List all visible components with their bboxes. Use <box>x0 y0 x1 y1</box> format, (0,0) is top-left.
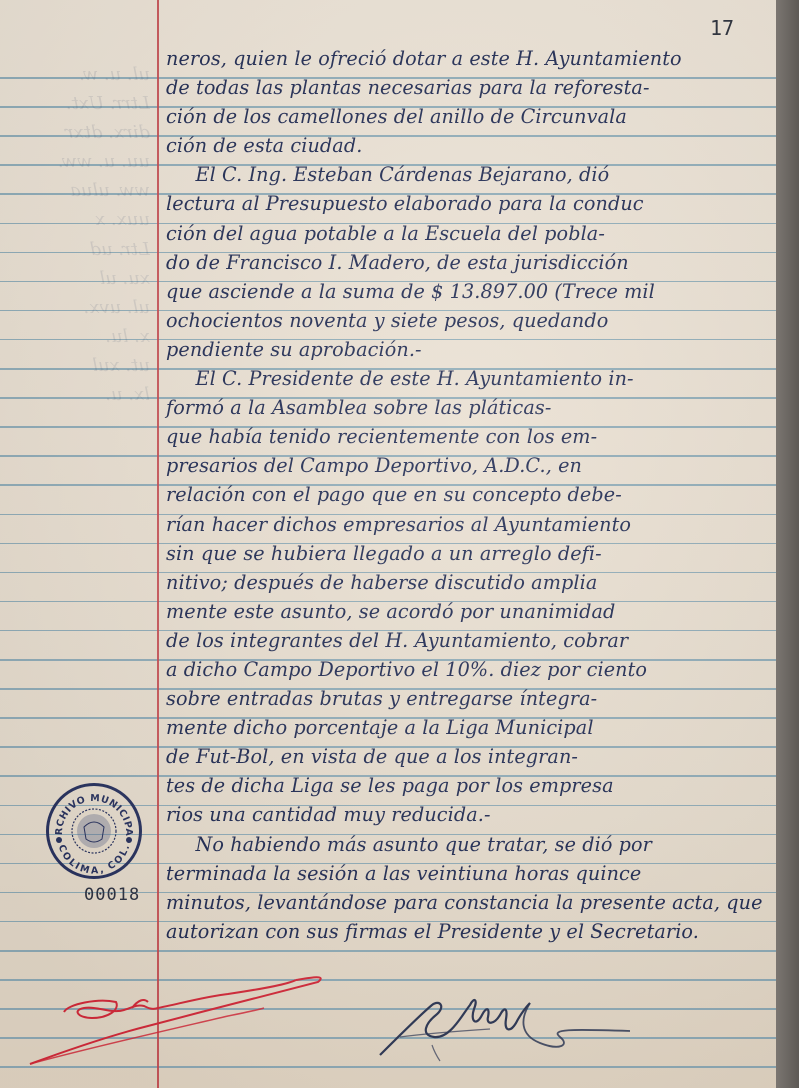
handwritten-line: tes de dicha Liga se les paga por los em… <box>166 771 766 800</box>
handwritten-text: neros, quien le ofreció dotar a este H. … <box>166 44 776 946</box>
handwritten-line: terminada la sesión a las veintiuna hora… <box>166 859 766 888</box>
handwritten-line: ción de esta ciudad. <box>166 131 766 160</box>
handwritten-line: sobre entradas brutas y entregarse ínteg… <box>166 684 766 713</box>
book-edge <box>776 0 799 1088</box>
handwritten-line: El C. Ing. Esteban Cárdenas Bejarano, di… <box>166 160 766 189</box>
handwritten-line: a dicho Campo Deportivo el 10%. diez por… <box>166 655 766 684</box>
handwritten-line: ción del agua potable a la Escuela del p… <box>166 219 766 248</box>
handwritten-line: ción de los camellones del anillo de Cir… <box>166 102 766 131</box>
handwritten-line: rían hacer dichos empresarios al Ayuntam… <box>166 510 766 539</box>
handwritten-line: mente dicho porcentaje a la Liga Municip… <box>166 713 766 742</box>
handwritten-line: de todas las plantas necesarias para la … <box>166 73 766 102</box>
handwritten-line: formó a la Asamblea sobre las pláticas- <box>166 393 766 422</box>
handwritten-line: neros, quien le ofreció dotar a este H. … <box>166 44 766 73</box>
handwritten-line: lectura al Presupuesto elaborado para la… <box>166 189 766 218</box>
red-margin-line <box>157 0 159 1088</box>
handwritten-line: minutos, levantándose para constancia la… <box>166 888 766 917</box>
handwritten-line: presarios del Campo Deportivo, A.D.C., e… <box>166 451 766 480</box>
handwritten-line: mente este asunto, se acordó por unanimi… <box>166 597 766 626</box>
handwritten-line: ochocientos noventa y siete pesos, queda… <box>166 306 766 335</box>
handwritten-line: de Fut-Bol, en vista de que a los integr… <box>166 742 766 771</box>
handwritten-line: nitivo; después de haberse discutido amp… <box>166 568 766 597</box>
handwritten-line: do de Francisco I. Madero, de esta juris… <box>166 248 766 277</box>
handwritten-line: pendiente su aprobación.- <box>166 335 766 364</box>
rule-line <box>0 950 776 952</box>
handwritten-line: que había tenido recientemente con los e… <box>166 422 766 451</box>
handwritten-line: rios una cantidad muy reducida.- <box>166 800 766 829</box>
handwritten-line: sin que se hubiera llegado a un arreglo … <box>166 539 766 568</box>
handwritten-line: de los integrantes del H. Ayuntamiento, … <box>166 626 766 655</box>
handwritten-line: autorizan con sus firmas el Presidente y… <box>166 917 766 946</box>
handwritten-line: No habiendo más asunto que tratar, se di… <box>166 830 766 859</box>
stamp-seal-icon: ARCHIVO MUNICIPAL COLIMA, COL. <box>46 783 142 879</box>
stamp-bottom-text: COLIMA, COL. <box>56 843 133 876</box>
handwritten-line: El C. Presidente de este H. Ayuntamiento… <box>166 364 766 393</box>
ledger-page: ul. u. w.Ltrr. Uxt.dirx. dtxruu. u. ww. … <box>0 0 776 1088</box>
archive-number: 00018 <box>84 885 140 905</box>
handwritten-line: que asciende a la suma de $ 13.897.00 (T… <box>166 277 766 306</box>
page-number: 17 <box>710 16 734 40</box>
svg-text:COLIMA, COL.: COLIMA, COL. <box>56 843 133 876</box>
handwritten-line: relación con el pago que en su concepto … <box>166 480 766 509</box>
archivo-municipal-stamp: ARCHIVO MUNICIPAL COLIMA, COL. <box>46 783 142 879</box>
secretary-signature <box>370 975 690 1085</box>
